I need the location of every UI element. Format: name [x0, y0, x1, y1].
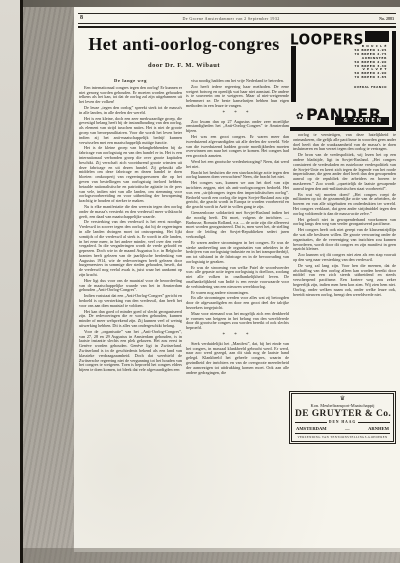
article-paragraph: Hier ligt dus voor ons de maatstaf voor …	[79, 279, 182, 293]
article-paragraph: Voor de „organisatie” van het „Anti-Oorl…	[79, 330, 182, 373]
article-paragraph: Bracht het besluiten die een stuwkrachti…	[186, 171, 289, 181]
article-paragraph: Het congres was, kunnen we aan het doel …	[186, 181, 289, 210]
article-paragraph: Het congres heeft ook niet gerept van de…	[293, 228, 396, 252]
column-heading: De lange weg	[79, 79, 182, 84]
article-column-1: De lange wegEen internationaal congres t…	[79, 79, 182, 471]
section-separator: * * *	[186, 112, 289, 117]
ad-pander-price-list: B O U C L É50 BREED 1.9570 BREED 2.75AXM…	[325, 45, 387, 80]
masthead-rule-thick	[78, 26, 396, 28]
ad-gruyter-branches: AMSTERDAM — ARNHEM	[295, 426, 390, 434]
headline-block: Het anti-oorlog-congres door Dr. F. M. W…	[78, 34, 290, 69]
scan-bottom-edge	[23, 548, 400, 563]
article-paragraph: Werd het een grootsche vredesbetooging? …	[186, 160, 289, 170]
dash-divider: —	[345, 426, 350, 431]
article-paragraph: Het was een groot congres. Er waren meer…	[186, 135, 289, 159]
article-paragraph: Er waren andere stroomingen in het congr…	[186, 241, 289, 265]
article-paragraph: Het is een kleine, doch een zeer merkwaa…	[79, 117, 182, 146]
ad-pander-side-bar	[291, 46, 296, 102]
article-paragraph: Grenzenlooze solidariteit met Sovjet-Rus…	[186, 211, 289, 240]
scan-top-edge	[23, 0, 400, 7]
scan-edge-line	[20, 0, 23, 563]
section-separator: * * *	[186, 334, 289, 339]
ad-pander-brand-row: ✿ PANDER & ZONEN	[298, 105, 389, 124]
article-title: Het anti-oorlog-congres	[78, 34, 290, 55]
article-paragraph: Indien vaststaat dat een „Anti-Oorlog-Co…	[79, 294, 182, 308]
article-paragraph: De weg zal lang zijn. Voor hen die meene…	[293, 264, 396, 298]
ad-gruyter-city: DEN HAAG	[329, 420, 356, 424]
article-paragraph: Zoo kunnen wij dit congres niet zien als…	[293, 253, 396, 263]
article-paragraph: De leuze „tegen den oorlog” spreekt ster…	[79, 106, 182, 116]
masthead-title: De Groene Amsterdammer van 2 September 1…	[182, 16, 279, 21]
crown-icon: ♛	[295, 396, 390, 402]
newspaper-scan: 8 De Groene Amsterdammer van 2 September…	[0, 0, 400, 563]
flower-monogram-icon: ✿	[296, 112, 304, 122]
article-column-3: oorlog te vernietigen, van deze hatelijk…	[293, 133, 396, 391]
article-paragraph: Nu is elke manifestatie die den weerzin …	[79, 205, 182, 219]
article-paragraph: Er was de strooming van welke Patel de w…	[186, 266, 289, 290]
ad-gruyter-city-row: DEN HAAG	[295, 420, 390, 424]
page-number: 8	[80, 15, 83, 21]
article-paragraph: De bron van de vredespolitiek, wij lezen…	[293, 153, 396, 191]
ad-gruyter-company-type: Kon. Meubeltransport-Maatschappij	[295, 403, 390, 408]
article-paragraph: Zoo heeft iedere regeering haar methoden…	[186, 85, 289, 109]
article-paragraph: Het is de kleine groep van belanghebbend…	[79, 146, 182, 204]
ad-pander-corner-block	[365, 31, 389, 42]
article-paragraph: De versterking van den vredeswil is het …	[79, 220, 182, 278]
article-paragraph: Het gelooft niet in gewapenderhand voork…	[293, 218, 396, 228]
ad-gruyter-branch-right: ARNHEM	[368, 426, 389, 431]
masthead: 8 De Groene Amsterdammer van 2 September…	[78, 13, 396, 28]
article-paragraph: oorlog te vernietigen, van deze hatelijk…	[293, 133, 396, 152]
article-paragraph: Zoo kwam dan op 27 Augustus onder zeer m…	[186, 120, 289, 134]
article-paragraph: Een internationaal congres tegen den oor…	[79, 86, 182, 105]
article-paragraph: Het kan dan goed of minder goed of slech…	[79, 310, 182, 329]
article-column-2: visa noodig hadden om het vrije Nederlan…	[186, 79, 289, 471]
article-byline: door Dr. F. M. Wibaut	[78, 62, 290, 69]
ad-pander-brand-suffix: & ZONEN	[335, 117, 389, 125]
article-paragraph: En wat wij moeten doen? „Het congres roe…	[293, 193, 396, 217]
ad-gruyter-branch-left: AMSTERDAM	[296, 426, 327, 431]
article-paragraph: Maar voor niemand was het mogelijk zich …	[186, 312, 289, 331]
ad-gruyter-footer: VERZENDING VAN TENTOONSTELLINGS-GOEDEREN	[295, 436, 390, 440]
rule-left	[295, 422, 327, 423]
newspaper-page: 8 De Groene Amsterdammer van 2 September…	[74, 7, 400, 552]
masthead-rule-thin	[78, 23, 396, 24]
article-paragraph: Sterk verduidelijkt het „Manifest”, dat,…	[186, 342, 289, 376]
rule-right	[358, 422, 390, 423]
issue-number: No. 2883	[379, 16, 394, 21]
article-paragraph: En alle stroomingen werden voor alles wa…	[186, 296, 289, 310]
price-line: 70 BREED 3.85	[325, 76, 387, 80]
ad-gruyter: ♛ Kon. Meubeltransport-Maatschappij DE G…	[289, 391, 396, 444]
ad-gruyter-name: DE GRUYTER & Co.	[295, 409, 390, 419]
ad-pander-note: OVERAL FRANCO	[354, 85, 387, 89]
scan-left-margin	[0, 0, 20, 563]
ad-pander: LOOPERS B O U C L É50 BREED 1.9570 BREED…	[290, 31, 396, 131]
